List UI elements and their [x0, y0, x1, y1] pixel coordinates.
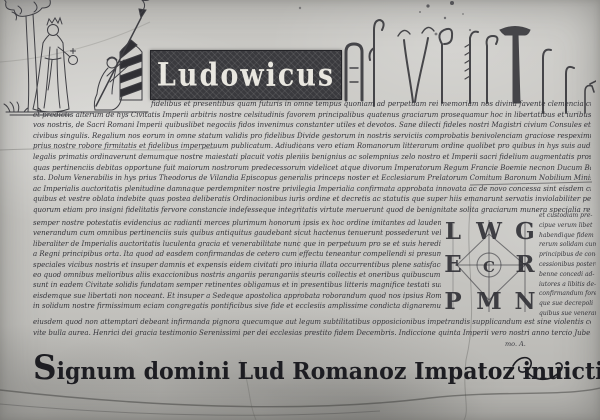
pennant-curl — [140, 0, 152, 14]
text-line: eisdemque sue libertati non noceant. Et … — [33, 291, 441, 301]
text-line: eo quod omnibus melioribus aliis exaccio… — [33, 270, 441, 280]
text-line: liberaliter de Imperialis auctoritatis l… — [33, 239, 441, 249]
text-line: et custodiam pre- — [539, 211, 596, 221]
corner-note: mo. A. — [505, 340, 526, 348]
text-line: venerandum cum omnibus pertinenciis suis… — [33, 228, 441, 238]
text-line: iutores a libitis de- — [539, 280, 596, 290]
standing-crowned-figure — [33, 18, 78, 112]
orb — [69, 56, 78, 65]
text-line: legalis primatis ordinaverunt demumque n… — [33, 152, 591, 163]
monogram-letter: G — [512, 217, 538, 247]
body-text-mid: semper nostre potestatis evidencius ac r… — [33, 218, 441, 312]
text-line: principibus de con- — [539, 250, 596, 260]
text-line: rerum solidam cum — [539, 240, 596, 250]
end-flourish-icon — [505, 352, 569, 388]
text-line: speciales vicibus nostris et insuper dam… — [33, 260, 441, 270]
body-text-lower: eiusdem quod non attemptari debeant infi… — [33, 317, 591, 339]
text-line: cipue verum libet — [539, 221, 596, 231]
text-line: prius nostre robore firmitatis et fideli… — [33, 141, 591, 152]
monogram-center-letter: C — [476, 252, 502, 282]
text-line: quas pertinenciis debitas opportune fuit… — [33, 163, 591, 174]
body-text-side-column: et custodiam pre-cipue verum libethabend… — [539, 211, 596, 319]
monogram-letter: R — [512, 250, 538, 280]
text-line: ac Imperialis auctoritatis plenitudine d… — [33, 184, 591, 195]
crown — [47, 18, 62, 25]
text-line: habendique fidem — [539, 231, 596, 241]
text-line: a Regni principibus orta. Ita quod ad ea… — [33, 249, 441, 259]
display-name-text: Ludowicus — [157, 57, 335, 94]
text-line: fidelibus et presentibus quam futuris in… — [33, 99, 591, 110]
monogram-letter: M — [476, 287, 502, 317]
monogram-letter: P — [440, 287, 466, 317]
text-line: civibus singulis. Regalium nos eorum in … — [33, 131, 591, 142]
imperial-monogram: L W G E C R P M N — [441, 212, 537, 318]
signum-line: Signum domini Lud Romanoz Impatoz inuict… — [33, 348, 513, 390]
charter-scan: Ludowicus fidelibus et presentibus quam … — [0, 0, 600, 420]
text-line: quibus et vestre oblata indebite quas po… — [33, 194, 591, 205]
text-line: sunt in eadem Civitate solidis fundatam … — [33, 280, 441, 290]
body-text-upper: fidelibus et presentibus quam futuris in… — [33, 99, 591, 216]
monogram-letter: L — [440, 217, 466, 247]
text-line: vos nostris, de Sacri Romani Imperii qui… — [33, 120, 591, 131]
monogram-letter: E — [440, 250, 466, 280]
monogram-letter: N — [512, 287, 538, 317]
text-line: que sue decrepoli — [539, 299, 596, 309]
text-line: in solidum nostre firmissimum eciam cong… — [33, 301, 441, 311]
text-line: eiusdem quod non attemptari debeant infi… — [33, 317, 591, 328]
display-name-panel: Ludowicus — [150, 50, 342, 100]
orb-cross — [71, 49, 76, 54]
text-line: vite bulla aurea. Henrici dei gracia tes… — [33, 328, 591, 339]
text-line: et predictis alterum de hys Civitatis Im… — [33, 110, 591, 121]
monogram-letter: W — [476, 217, 502, 247]
text-line: benne concedi ad- — [539, 270, 596, 280]
text-line: semper nostre potestatis evidencius ac r… — [33, 218, 441, 228]
text-line: confirmandum fore — [539, 289, 596, 299]
text-line: cessionibus postere — [539, 260, 596, 270]
text-line: sta. Dolum Venerabilis in hys prius Theo… — [33, 173, 591, 184]
